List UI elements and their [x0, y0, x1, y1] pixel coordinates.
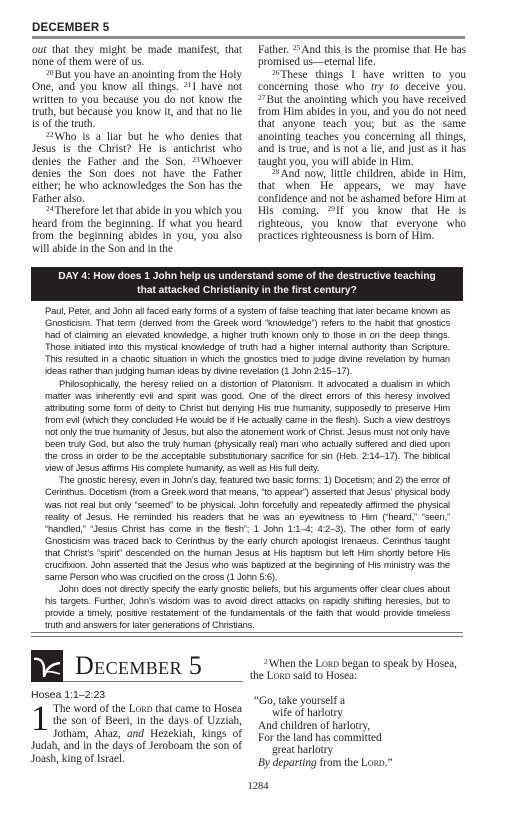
- scripture-paragraph: 28And now, little children, abide in Him…: [258, 168, 466, 242]
- reading-header: December 5: [31, 650, 243, 682]
- poem-line: By departing from the Lord.”: [258, 757, 466, 769]
- scripture-paragraph: 20But you have an anointing from the Hol…: [32, 69, 242, 131]
- section-divider: [31, 632, 463, 637]
- poem-line: great harlotry: [258, 744, 466, 756]
- header-rule: [32, 36, 465, 39]
- verse-number: 27: [258, 93, 266, 102]
- verse-number: 26: [272, 68, 280, 77]
- scripture-paragraph: 24Therefore let that abide in you which …: [32, 205, 242, 255]
- scripture-paragraph: 26These things I have written to you con…: [258, 69, 466, 168]
- verse-number: 25: [293, 43, 301, 52]
- poem-block: “Go, take yourself awife of harlotryAnd …: [250, 695, 466, 769]
- verse-1: 1The word of the Lord that came to Hosea…: [31, 703, 242, 765]
- commentary-paragraph: Philosophically, the heresy relied on a …: [45, 378, 450, 475]
- verse-number: 22: [46, 130, 54, 139]
- commentary-body: Paul, Peter, and John all faced early fo…: [45, 305, 450, 632]
- running-head: DECEMBER 5: [32, 22, 109, 34]
- title-underline: [63, 681, 243, 682]
- poem-line: wife of harlotry: [258, 707, 466, 719]
- scripture-paragraph: out that they might be made manifest, th…: [32, 44, 242, 69]
- verse-number: 20: [46, 68, 54, 77]
- reading-right-column: 2When the Lord began to speak by Hosea, …: [250, 658, 466, 769]
- verse-1-text: The word of the Lord that came to Hosea …: [31, 703, 242, 765]
- page-number: 1284: [0, 781, 516, 792]
- scripture-right-column: Father. 25And this is the promise that H…: [258, 44, 466, 243]
- commentary-paragraph: Paul, Peter, and John all faced early fo…: [45, 305, 450, 378]
- verse-number: 24: [46, 204, 54, 213]
- day-question-line-2: that attacked Christianity in the first …: [31, 284, 463, 298]
- poem-line: “Go, take yourself a: [258, 695, 466, 707]
- verse-number: 28: [272, 167, 280, 176]
- scripture-left-column: out that they might be made manifest, th…: [32, 44, 242, 255]
- verse-number: 2: [264, 657, 268, 666]
- day-question-line-1: DAY 4: How does 1 John help us understan…: [31, 270, 463, 284]
- verse-2: 2When the Lord began to speak by Hosea, …: [250, 658, 466, 683]
- commentary-paragraph: The gnostic heresy, even in John’s day, …: [45, 474, 450, 583]
- scripture-paragraph: 22Who is a liar but he who denies that J…: [32, 131, 242, 205]
- chapter-number: 1: [31, 705, 49, 731]
- poem-line: For the land has committed: [258, 732, 466, 744]
- commentary-paragraph: John does not directly specify the early…: [45, 583, 450, 631]
- verse-number: 29: [328, 204, 336, 213]
- bible-reading-logo-icon: [31, 650, 63, 682]
- reading-title: December 5: [75, 651, 202, 681]
- scripture-paragraph: Father. 25And this is the promise that H…: [258, 44, 466, 69]
- reading-left-column: 1The word of the Lord that came to Hosea…: [31, 703, 242, 765]
- verse-number: 21: [184, 80, 192, 89]
- verse-number: 23: [192, 155, 200, 164]
- day-question-box: DAY 4: How does 1 John help us understan…: [31, 267, 463, 301]
- poem-line: And children of harlotry,: [258, 720, 466, 732]
